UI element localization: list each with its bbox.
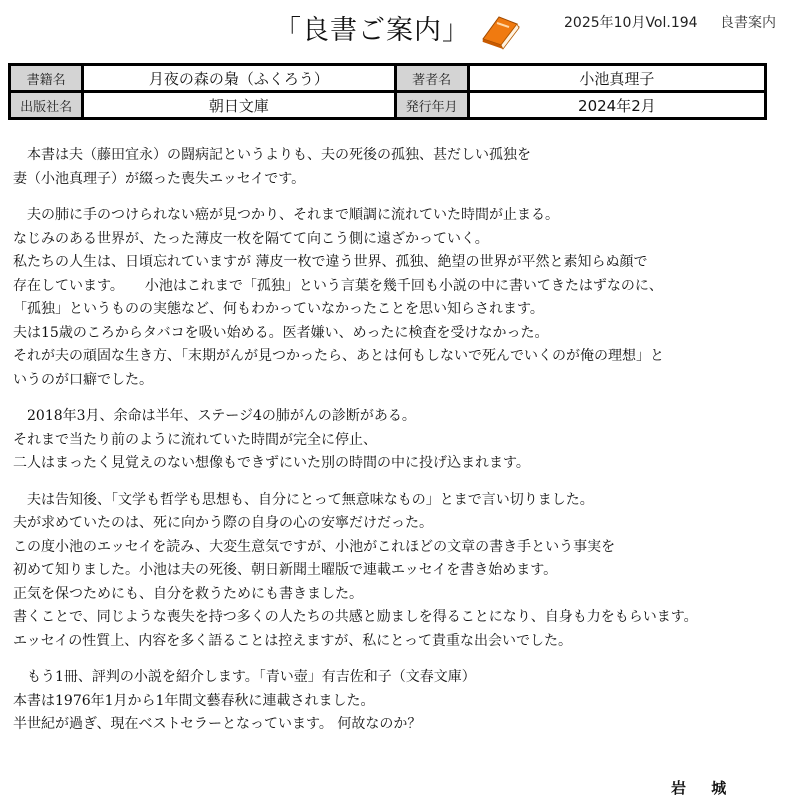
author-value: 小池真理子	[468, 65, 765, 92]
text-line: もう1冊、評判の小説を紹介します。「青い壺」有吉佐和子（文春文庫）	[13, 666, 783, 690]
paragraph-diagnosis: 2018年3月、余命は半年、ステージ4の肺がんの診断がある。 それまで当たり前の…	[13, 405, 783, 476]
info-row-title-author: 書籍名 月夜の森の梟（ふくろう） 著者名 小池真理子	[10, 65, 766, 92]
text-line: 「孤独」というものの実態など、何もわかっていなかったことを思い知らされます。	[13, 298, 783, 322]
publisher-value: 朝日文庫	[83, 92, 395, 119]
published-label: 発行年月	[395, 92, 468, 119]
text-line: 書くことで、同じような喪失を持つ多くの人たちの共感と励ましを得ることになり、自身…	[13, 606, 783, 630]
text-line: 夫は15歳のころからタバコを吸い始める。医者嫌い、めったに検査を受けなかった。	[13, 322, 783, 346]
text-line: この度小池のエッセイを読み、大変生意気ですが、小池がこれほどの文章の書き手という…	[13, 536, 783, 560]
text-line: 夫の肺に手のつけられない癌が見つかり、それまで順調に流れていた時間が止まる。	[13, 204, 783, 228]
text-line: 2018年3月、余命は半年、ステージ4の肺がんの診断がある。	[13, 405, 783, 429]
page-title: 「良書ご案内」	[274, 8, 470, 47]
text-line: それが夫の頑固な生き方、「末期がんが見つかったら、あとは何もしないで死んでいくの…	[13, 345, 783, 369]
issue-info: 2025年10月Vol.194 良書案内	[564, 12, 776, 32]
text-line: 正気を保つためにも、自分を救うためにも書きました。	[13, 583, 783, 607]
book-title-label: 書籍名	[10, 65, 83, 92]
paragraph-essay: 夫は告知後、「文学も哲学も思想も、自分にとって無意味なもの」とまで言い切りました…	[13, 489, 783, 654]
paragraph-illness: 夫の肺に手のつけられない癌が見つかり、それまで順調に流れていた時間が止まる。 な…	[13, 204, 783, 392]
review-body: 本書は夫（藤田宜永）の闘病記というよりも、夫の死後の孤独、甚だしい孤独を 妻（小…	[13, 144, 783, 750]
text-line: 本書は1976年1月から1年間文藝春秋に連載されました。	[13, 690, 783, 714]
text-line: 夫は告知後、「文学も哲学も思想も、自分にとって無意味なもの」とまで言い切りました…	[13, 489, 783, 513]
text-line: 夫が求めていたのは、死に向かう際の自身の心の安寧だけだった。	[13, 512, 783, 536]
text-line: 存在しています。 小池はこれまで「孤独」という言葉を幾千回も小説の中に書いてきた…	[13, 275, 783, 299]
text-line: 二人はまったく見覚えのない想像もできずにいた別の時間の中に投げ込まれます。	[13, 452, 783, 476]
text-line: 妻（小池真理子）が綴った喪失エッセイです。	[13, 168, 783, 192]
info-row-publisher-date: 出版社名 朝日文庫 発行年月 2024年2月	[10, 92, 766, 119]
paragraph-second-book: もう1冊、評判の小説を紹介します。「青い壺」有吉佐和子（文春文庫） 本書は197…	[13, 666, 783, 737]
text-line: エッセイの性質上、内容を多く語ることは控えますが、私にとって貴重な出会いでした。	[13, 630, 783, 654]
text-line: なじみのある世界が、たった薄皮一枚を隔てて向こう側に遠ざかっていく。	[13, 228, 783, 252]
text-line: 私たちの人生は、日頃忘れていますが 薄皮一枚で違う世界、孤独、絶望の世界が平然と…	[13, 251, 783, 275]
publisher-label: 出版社名	[10, 92, 83, 119]
book-icon	[479, 15, 523, 51]
text-line: 初めて知りました。小池は夫の死後、朝日新聞土曜版で連載エッセイを書き始めます。	[13, 559, 783, 583]
text-line: いうのが口癖でした。	[13, 369, 783, 393]
series-name: 良書案内	[720, 15, 776, 31]
book-info-table: 書籍名 月夜の森の梟（ふくろう） 著者名 小池真理子 出版社名 朝日文庫 発行年…	[8, 63, 767, 120]
text-line: 半世紀が過ぎ、現在ベストセラーとなっています。 何故なのか？	[13, 713, 783, 737]
text-line: 本書は夫（藤田宜永）の闘病記というよりも、夫の死後の孤独、甚だしい孤独を	[13, 144, 783, 168]
published-value: 2024年2月	[468, 92, 765, 119]
paragraph-intro: 本書は夫（藤田宜永）の闘病記というよりも、夫の死後の孤独、甚だしい孤独を 妻（小…	[13, 144, 783, 191]
issue-number: 2025年10月Vol.194	[564, 15, 698, 31]
author-signature: 岩 城	[671, 777, 736, 798]
text-line: それまで当たり前のように流れていた時間が完全に停止、	[13, 429, 783, 453]
book-title-value: 月夜の森の梟（ふくろう）	[83, 65, 395, 92]
author-label: 著者名	[395, 65, 468, 92]
